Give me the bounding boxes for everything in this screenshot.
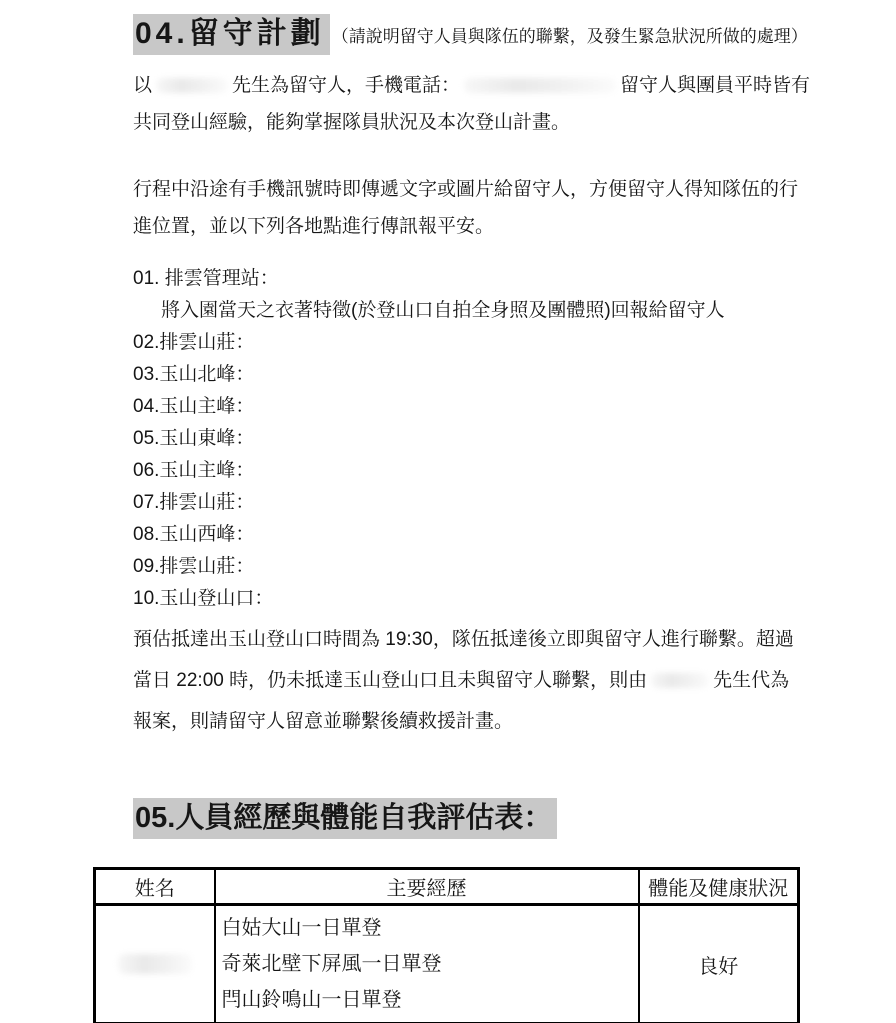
redacted-guardian-phone <box>464 78 616 93</box>
redacted-reporter-name <box>651 673 709 688</box>
experience-line-3: 閂山鈴鳴山一日單登 <box>222 982 632 1018</box>
checkpoint-item-02: 02.排雲山莊： <box>133 327 796 359</box>
checkpoint-item-05: 05.玉山東峰： <box>133 423 796 455</box>
guardian-paragraph-line-2: 共同登山經驗，能夠掌握隊員狀況及本次登山計畫。 <box>133 104 796 141</box>
signal-plan-paragraph: 行程中沿途有手機訊號時即傳遞文字或圖片給留守人，方便留守人得知隊伍的行 進位置，… <box>133 171 796 245</box>
checkpoint-item-03: 03.玉山北峰： <box>133 359 796 391</box>
guardian-line-pre: 以 <box>133 75 152 96</box>
checkpoint-item-07: 07.排雲山莊： <box>133 487 796 519</box>
redacted-guardian-name <box>156 78 228 93</box>
checkpoint-item-01: 01. 排雲管理站： <box>133 263 796 295</box>
arrival-line2-post: 先生代為 <box>713 670 789 691</box>
table-header-name: 姓名 <box>95 869 215 905</box>
arrival-plan-line-1: 預估抵達出玉山登山口時間為 19:30，隊伍抵達後立即與留守人進行聯繫。超過 <box>133 619 796 660</box>
self-assessment-table: 姓名 主要經歷 體能及健康狀況 白姑大山一日單登 奇萊北壁下屏風一日單登 閂山鈴… <box>93 867 800 1023</box>
assessment-table-wrapper: 姓名 主要經歷 體能及健康狀況 白姑大山一日單登 奇萊北壁下屏風一日單登 閂山鈴… <box>93 867 896 1023</box>
checkpoint-item-08: 08.玉山西峰： <box>133 519 796 551</box>
redacted-member-name <box>118 954 192 974</box>
section-04-heading: 04.留守計劃 （請說明留守人員與隊伍的聯繫，及發生緊急狀況所做的處理） <box>133 14 796 55</box>
experience-line-1: 白姑大山一日單登 <box>222 910 632 946</box>
document-page: 04.留守計劃 （請說明留守人員與隊伍的聯繫，及發生緊急狀況所做的處理） 以先生… <box>0 0 896 1023</box>
checkpoint-note: 將入園當天之衣著特徵(於登山口自拍全身照及團體照)回報給留守人 <box>133 295 796 327</box>
member-name-cell <box>95 905 215 1023</box>
guardian-paragraph-line-1: 以先生為留守人，手機電話：留守人與團員平時皆有 <box>133 67 796 104</box>
section-04-title-note: （請說明留守人員與隊伍的聯繫，及發生緊急狀況所做的處理） <box>332 22 808 47</box>
guardian-line-post: 留守人與團員平時皆有 <box>620 75 810 96</box>
table-row: 白姑大山一日單登 奇萊北壁下屏風一日單登 閂山鈴鳴山一日單登 良好 <box>95 905 799 1023</box>
section-05-title: 05.人員經歷與體能自我評估表： <box>133 798 557 839</box>
guardian-line-mid: 先生為留守人，手機電話： <box>232 75 460 96</box>
arrival-plan-line-3: 報案，則請留守人留意並聯繫後續救援計畫。 <box>133 701 796 742</box>
checkpoint-list: 01. 排雲管理站： 將入園當天之衣著特徵(於登山口自拍全身照及團體照)回報給留… <box>133 263 796 615</box>
signal-plan-line-1: 行程中沿途有手機訊號時即傳遞文字或圖片給留守人，方便留守人得知隊伍的行 <box>133 171 796 208</box>
table-header-row: 姓名 主要經歷 體能及健康狀況 <box>95 869 799 905</box>
signal-plan-line-2: 進位置，並以下列各地點進行傳訊報平安。 <box>133 208 796 245</box>
arrival-plan-line-2: 當日 22:00 時，仍未抵達玉山登山口且未與留守人聯繫，則由先生代為 <box>133 660 796 701</box>
table-header-fitness: 體能及健康狀況 <box>639 869 799 905</box>
arrival-plan-paragraph: 預估抵達出玉山登山口時間為 19:30，隊伍抵達後立即與留守人進行聯繫。超過 當… <box>133 619 796 742</box>
arrival-line2-pre: 當日 22:00 時，仍未抵達玉山登山口且未與留守人聯繫，則由 <box>133 670 647 691</box>
section-04-title: 04.留守計劃 <box>133 14 330 55</box>
experience-line-2: 奇萊北壁下屏風一日單登 <box>222 946 632 982</box>
checkpoint-item-10: 10.玉山登山口： <box>133 583 796 615</box>
checkpoint-item-04: 04.玉山主峰： <box>133 391 796 423</box>
member-experience-cell: 白姑大山一日單登 奇萊北壁下屏風一日單登 閂山鈴鳴山一日單登 <box>215 905 639 1023</box>
guardian-paragraph: 以先生為留守人，手機電話：留守人與團員平時皆有 共同登山經驗，能夠掌握隊員狀況及… <box>133 67 796 141</box>
table-header-experience: 主要經歷 <box>215 869 639 905</box>
section-05-heading: 05.人員經歷與體能自我評估表： <box>133 798 796 839</box>
checkpoint-item-09: 09.排雲山莊： <box>133 551 796 583</box>
checkpoint-item-06: 06.玉山主峰： <box>133 455 796 487</box>
member-fitness-cell: 良好 <box>639 905 799 1023</box>
